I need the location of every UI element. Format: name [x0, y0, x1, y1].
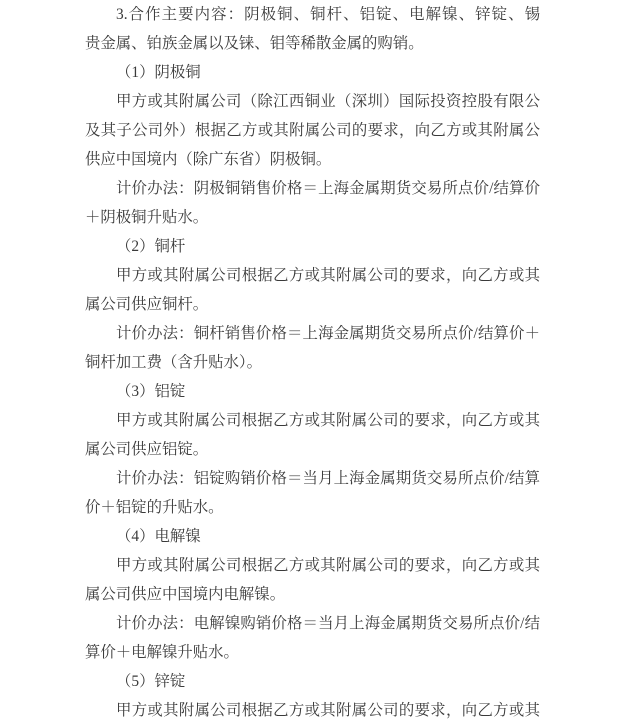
- document-text-line: 及其子公司外）根据乙方或其附属公司的要求，向乙方或其附属公司: [85, 116, 540, 145]
- document-text-line: 计价办法：阴极铜销售价格＝上海金属期货交易所点价/结算价: [85, 174, 540, 203]
- document-text-line: 甲方或其附属公司根据乙方或其附属公司的要求，向乙方或其附: [85, 261, 540, 290]
- document-text-line: 属公司供应铝锭。: [85, 435, 540, 464]
- document-page: { "page": { "background_color": "#ffffff…: [0, 0, 633, 726]
- contract-text-column: 3.合作主要内容：阴极铜、铜杆、铝锭、电解镍、锌锭、锡锭、贵金属、铂族金属以及铼…: [85, 0, 540, 725]
- document-text-line: （5）锌锭: [85, 667, 540, 696]
- document-text-line: 计价办法：铜杆销售价格＝上海金属期货交易所点价/结算价＋: [85, 319, 540, 348]
- document-text-line: （1）阴极铜: [85, 58, 540, 87]
- document-text-line: 铜杆加工费（含升贴水）。: [85, 348, 540, 377]
- document-text-line: 属公司供应铜杆。: [85, 290, 540, 319]
- document-text-line: 供应中国境内（除广东省）阴极铜。: [85, 145, 540, 174]
- document-text-line: 甲方或其附属公司（除江西铜业（深圳）国际投资控股有限公司: [85, 87, 540, 116]
- document-text-line: 计价办法：电解镍购销价格＝当月上海金属期货交易所点价/结: [85, 609, 540, 638]
- document-text-line: 甲方或其附属公司根据乙方或其附属公司的要求，向乙方或其附: [85, 406, 540, 435]
- document-text-line: 算价＋电解镍升贴水。: [85, 638, 540, 667]
- document-text-line: 计价办法：铝锭购销价格＝当月上海金属期货交易所点价/结算: [85, 464, 540, 493]
- document-text-line: ＋阴极铜升贴水。: [85, 203, 540, 232]
- document-text-line: （3）铝锭: [85, 377, 540, 406]
- contract-page: 3.合作主要内容：阴极铜、铜杆、铝锭、电解镍、锌锭、锡锭、贵金属、铂族金属以及铼…: [0, 0, 633, 726]
- document-text-line: （4）电解镍: [85, 522, 540, 551]
- document-text-line: （2）铜杆: [85, 232, 540, 261]
- document-text-line: 甲方或其附属公司根据乙方或其附属公司的要求，向乙方或其附: [85, 696, 540, 725]
- document-text-line: 甲方或其附属公司根据乙方或其附属公司的要求，向乙方或其附: [85, 551, 540, 580]
- document-text-line: 3.合作主要内容：阴极铜、铜杆、铝锭、电解镍、锌锭、锡锭、: [85, 0, 540, 29]
- document-text-line: 贵金属、铂族金属以及铼、钼等稀散金属的购销。: [85, 29, 540, 58]
- document-text-line: 属公司供应中国境内电解镍。: [85, 580, 540, 609]
- document-text-line: 价＋铝锭的升贴水。: [85, 493, 540, 522]
